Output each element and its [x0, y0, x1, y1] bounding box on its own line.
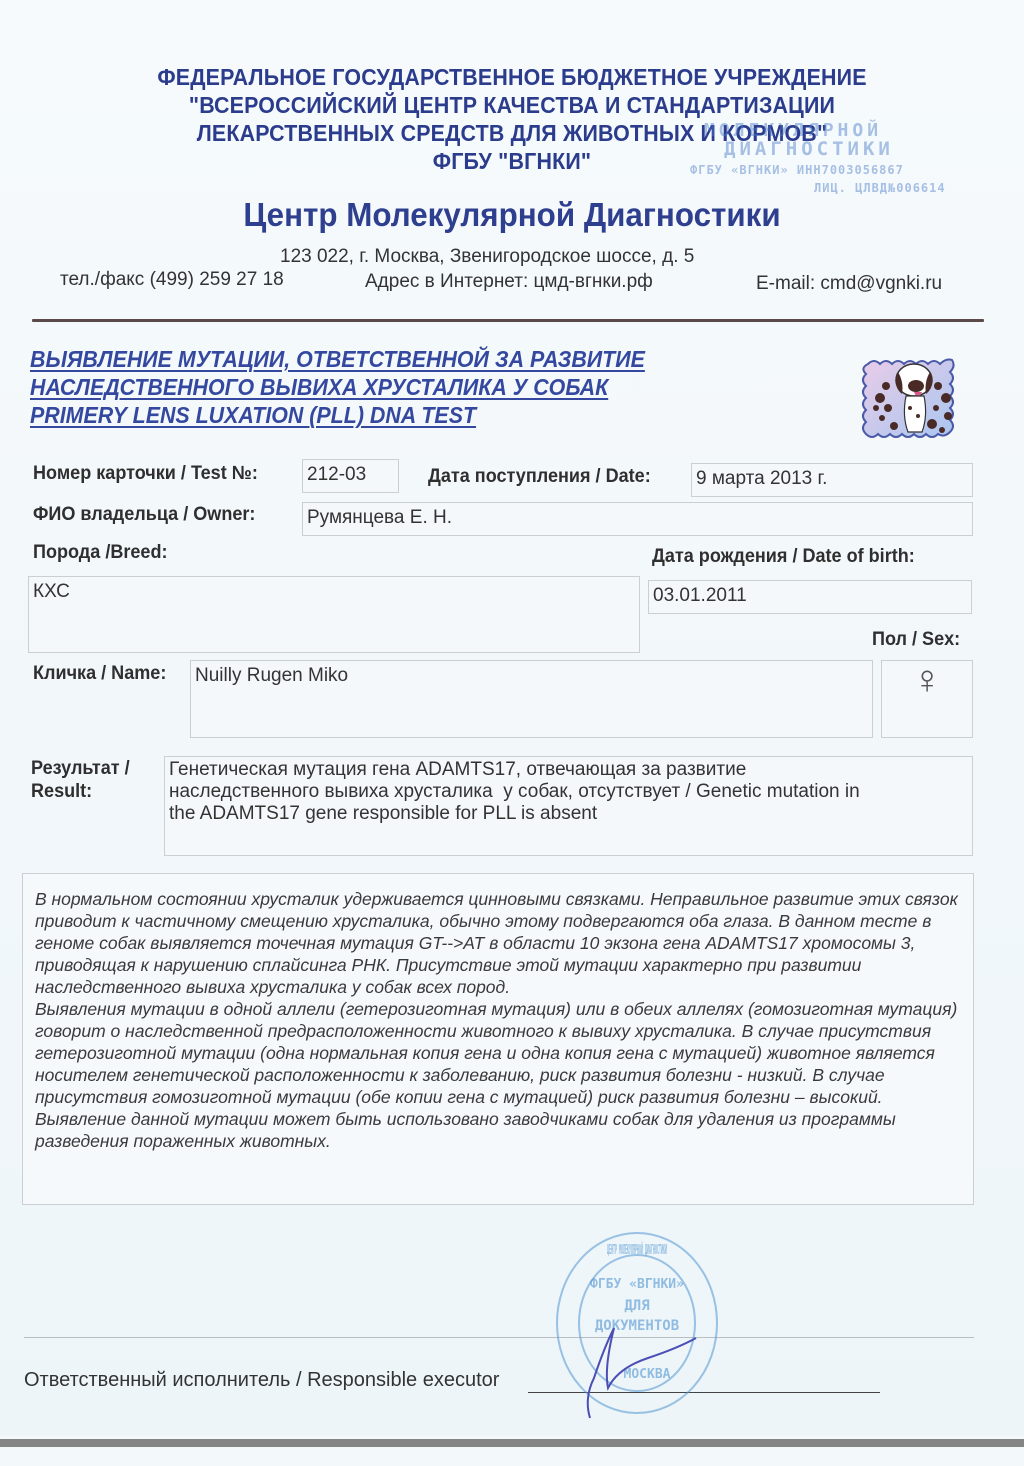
result-label-ru: Результат / [31, 758, 130, 780]
dob-field: 03.01.2011 [648, 580, 972, 614]
address: 123 022, г. Москва, Звенигородское шоссе… [280, 246, 694, 268]
test-number-field: 212-03 [302, 459, 399, 493]
name-label: Кличка / Name: [33, 663, 166, 685]
org-line-3: ЛЕКАРСТВЕННЫХ СРЕДСТВ ДЛЯ ЖИВОТНЫХ И КОР… [36, 120, 988, 147]
stamp-inner-top: ФГБУ «ВГНКИ» [590, 1277, 684, 1292]
breed-field: КХС [28, 576, 640, 653]
dalmatian-puppy-logo-icon [858, 346, 970, 446]
female-symbol-icon: ♀ [882, 669, 972, 691]
sex-label: Пол / Sex: [872, 629, 960, 651]
document-page: ФЕДЕРАЛЬНОЕ ГОСУДАРСТВЕННОЕ БЮДЖЕТНОЕ УЧ… [0, 0, 1024, 1436]
stamp-center-2: ДОКУМЕНТОВ [595, 1318, 679, 1334]
dob-label: Дата рождения / Date of birth: [652, 546, 915, 568]
responsible-executor-label: Ответственный исполнитель / Responsible … [24, 1369, 499, 1392]
name-field: Nuilly Rugen Miko [190, 660, 873, 738]
footer-divider [24, 1337, 974, 1338]
date-label: Дата поступления / Date: [428, 466, 651, 488]
result-field: Генетическая мутация гена ADAMTS17, отве… [164, 756, 973, 856]
info-paragraph: В нормальном состоянии хрусталик удержив… [35, 888, 961, 998]
info-paragraph: Выявления мутации в одной аллели (гетеро… [35, 998, 961, 1108]
test-title-line-2: НАСЛЕДСТВЕННОГО ВЫВИХА ХРУСТАЛИКА У СОБА… [30, 374, 608, 401]
center-name: Центр Молекулярной Диагностики [26, 196, 999, 234]
info-text-box: В нормальном состоянии хрусталик удержив… [22, 873, 974, 1205]
org-line-2: "ВСЕРОССИЙСКИЙ ЦЕНТР КАЧЕСТВА И СТАНДАРТ… [36, 92, 988, 119]
org-line-1: ФЕДЕРАЛЬНОЕ ГОСУДАРСТВЕННОЕ БЮДЖЕТНОЕ УЧ… [36, 64, 988, 91]
sex-field: ♀ [881, 660, 973, 738]
org-line-4: ФГБУ "ВГНКИ" [36, 148, 988, 175]
phone: тел./факс (499) 259 27 18 [60, 269, 284, 291]
test-title-line-3: PRIMERY LENS LUXATION (PLL) DNA TEST [30, 402, 476, 429]
owner-label: ФИО владельца / Owner: [33, 504, 255, 526]
test-title-line-1: ВЫЯВЛЕНИЕ МУТАЦИИ, ОТВЕТСТВЕННОЙ ЗА РАЗВ… [30, 346, 645, 373]
date-field: 9 марта 2013 г. [691, 463, 973, 497]
owner-field: Румянцева Е. Н. [302, 502, 973, 536]
test-number-label: Номер карточки / Test №: [33, 463, 258, 485]
info-paragraph: Выявление данной мутации может быть испо… [35, 1108, 961, 1152]
scanner-edge-bar [0, 1439, 1024, 1447]
email: E-mail: cmd@vgnki.ru [756, 273, 942, 295]
round-seal-stamp-icon: ЦЕНТР МОЛЕКУЛЯРНОЙ ДИАГНОСТИКИ ФГБУ «ВГН… [552, 1228, 722, 1428]
signature-line [528, 1392, 880, 1393]
header-divider [32, 319, 984, 322]
stamp-outer-text: ЦЕНТР МОЛЕКУЛЯРНОЙ ДИАГНОСТИКИ [607, 1242, 667, 1258]
stamp-center-1: ДЛЯ [624, 1298, 649, 1314]
website: Адрес в Интернет: цмд-вгнки.рф [365, 271, 653, 293]
breed-label: Порода /Breed: [33, 542, 168, 564]
stamp-line-4: ЛИЦ. ЦЛВД№006614 [814, 181, 946, 195]
result-label-en: Result: [31, 781, 92, 803]
stamp-bottom-text: МОСКВА [624, 1367, 671, 1382]
